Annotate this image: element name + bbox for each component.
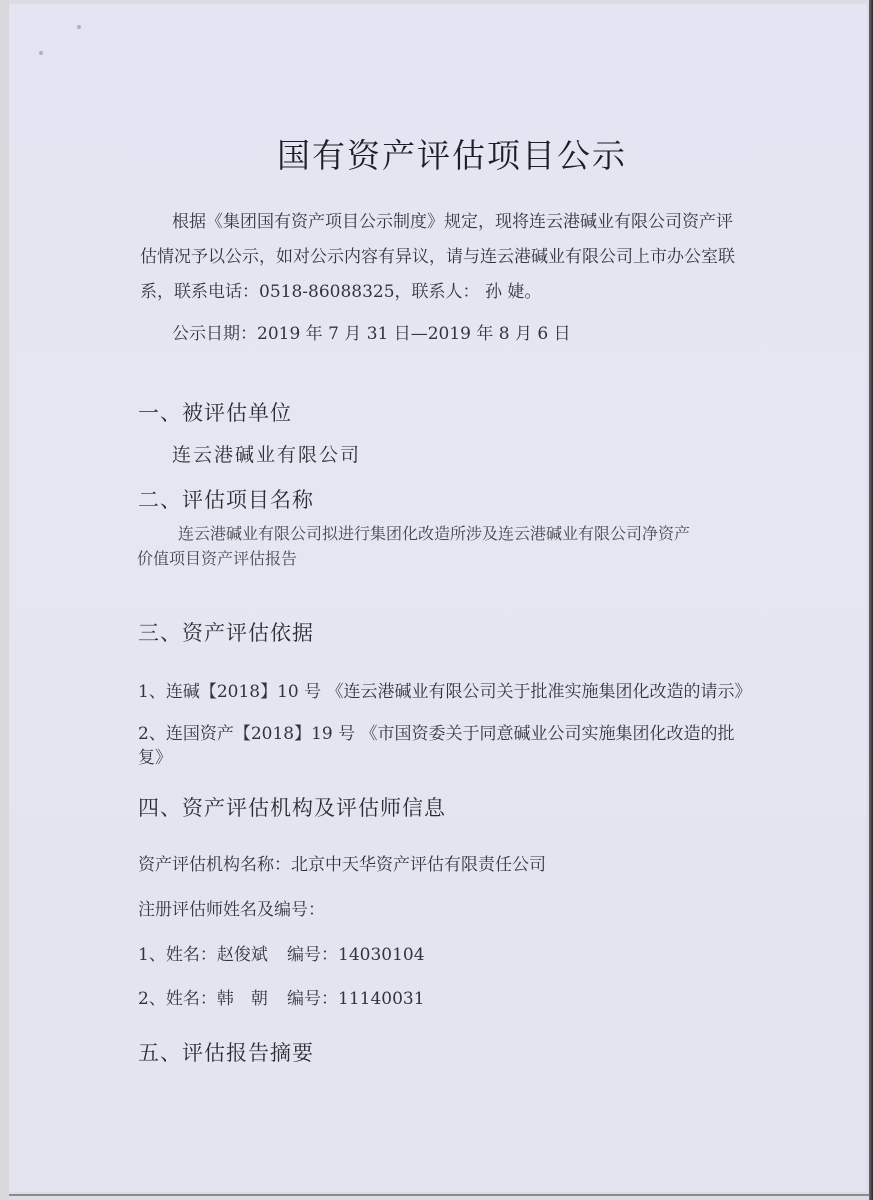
basis-item-1: 1、连碱【2018】10 号 《连云港碱业有限公司关于批准实施集团化改造的请示》 bbox=[138, 677, 752, 702]
project-name-line-2: 价值项目资产评估报告 bbox=[137, 546, 297, 569]
notice-period: 公示日期：2019 年 7 月 31 日—2019 年 8 月 6 日 bbox=[172, 319, 571, 344]
scan-left-margin bbox=[0, 0, 9, 1200]
basis-item-2-cont: 复》 bbox=[138, 743, 172, 768]
document-title: 国有资产评估项目公示 bbox=[277, 130, 627, 177]
basis-item-2: 2、连国资产【2018】19 号 《市国资委关于同意碱业公司实施集团化改造的批 bbox=[138, 719, 735, 744]
appraiser-label: 注册评估师姓名及编号： bbox=[138, 895, 325, 920]
appraiser-2-number: 编号：11140031 bbox=[287, 984, 425, 1009]
intro-line-1: 根据《集团国有资产项目公示制度》规定，现将连云港碱业有限公司资产评 bbox=[172, 207, 733, 232]
scan-speck bbox=[77, 25, 81, 29]
appraiser-1-number: 编号：14030104 bbox=[287, 940, 425, 965]
section-5-heading: 五、评估报告摘要 bbox=[138, 1037, 314, 1067]
scan-bottom-edge bbox=[9, 1194, 869, 1196]
scan-right-edge bbox=[869, 0, 873, 1200]
evaluated-unit: 连云港碱业有限公司 bbox=[172, 440, 361, 467]
section-3-heading: 三、资产评估依据 bbox=[138, 617, 314, 647]
section-2-heading: 二、评估项目名称 bbox=[138, 484, 314, 514]
appraiser-2-name: 2、姓名：韩 朝 bbox=[138, 984, 268, 1009]
intro-line-3: 系，联系电话：0518-86088325，联系人： 孙 婕。 bbox=[140, 277, 541, 302]
appraisal-org: 资产评估机构名称：北京中天华资产评估有限责任公司 bbox=[138, 850, 546, 875]
section-4-heading: 四、资产评估机构及评估师信息 bbox=[138, 792, 446, 822]
project-name-line-1: 连云港碱业有限公司拟进行集团化改造所涉及连云港碱业有限公司净资产 bbox=[178, 521, 690, 544]
appraiser-1-name: 1、姓名：赵俊斌 bbox=[138, 940, 268, 965]
scan-speck bbox=[39, 51, 43, 55]
section-1-heading: 一、被评估单位 bbox=[138, 397, 292, 427]
document-page bbox=[9, 4, 867, 1192]
intro-line-2: 估情况予以公示，如对公示内容有异议，请与连云港碱业有限公司上市办公室联 bbox=[140, 242, 735, 267]
